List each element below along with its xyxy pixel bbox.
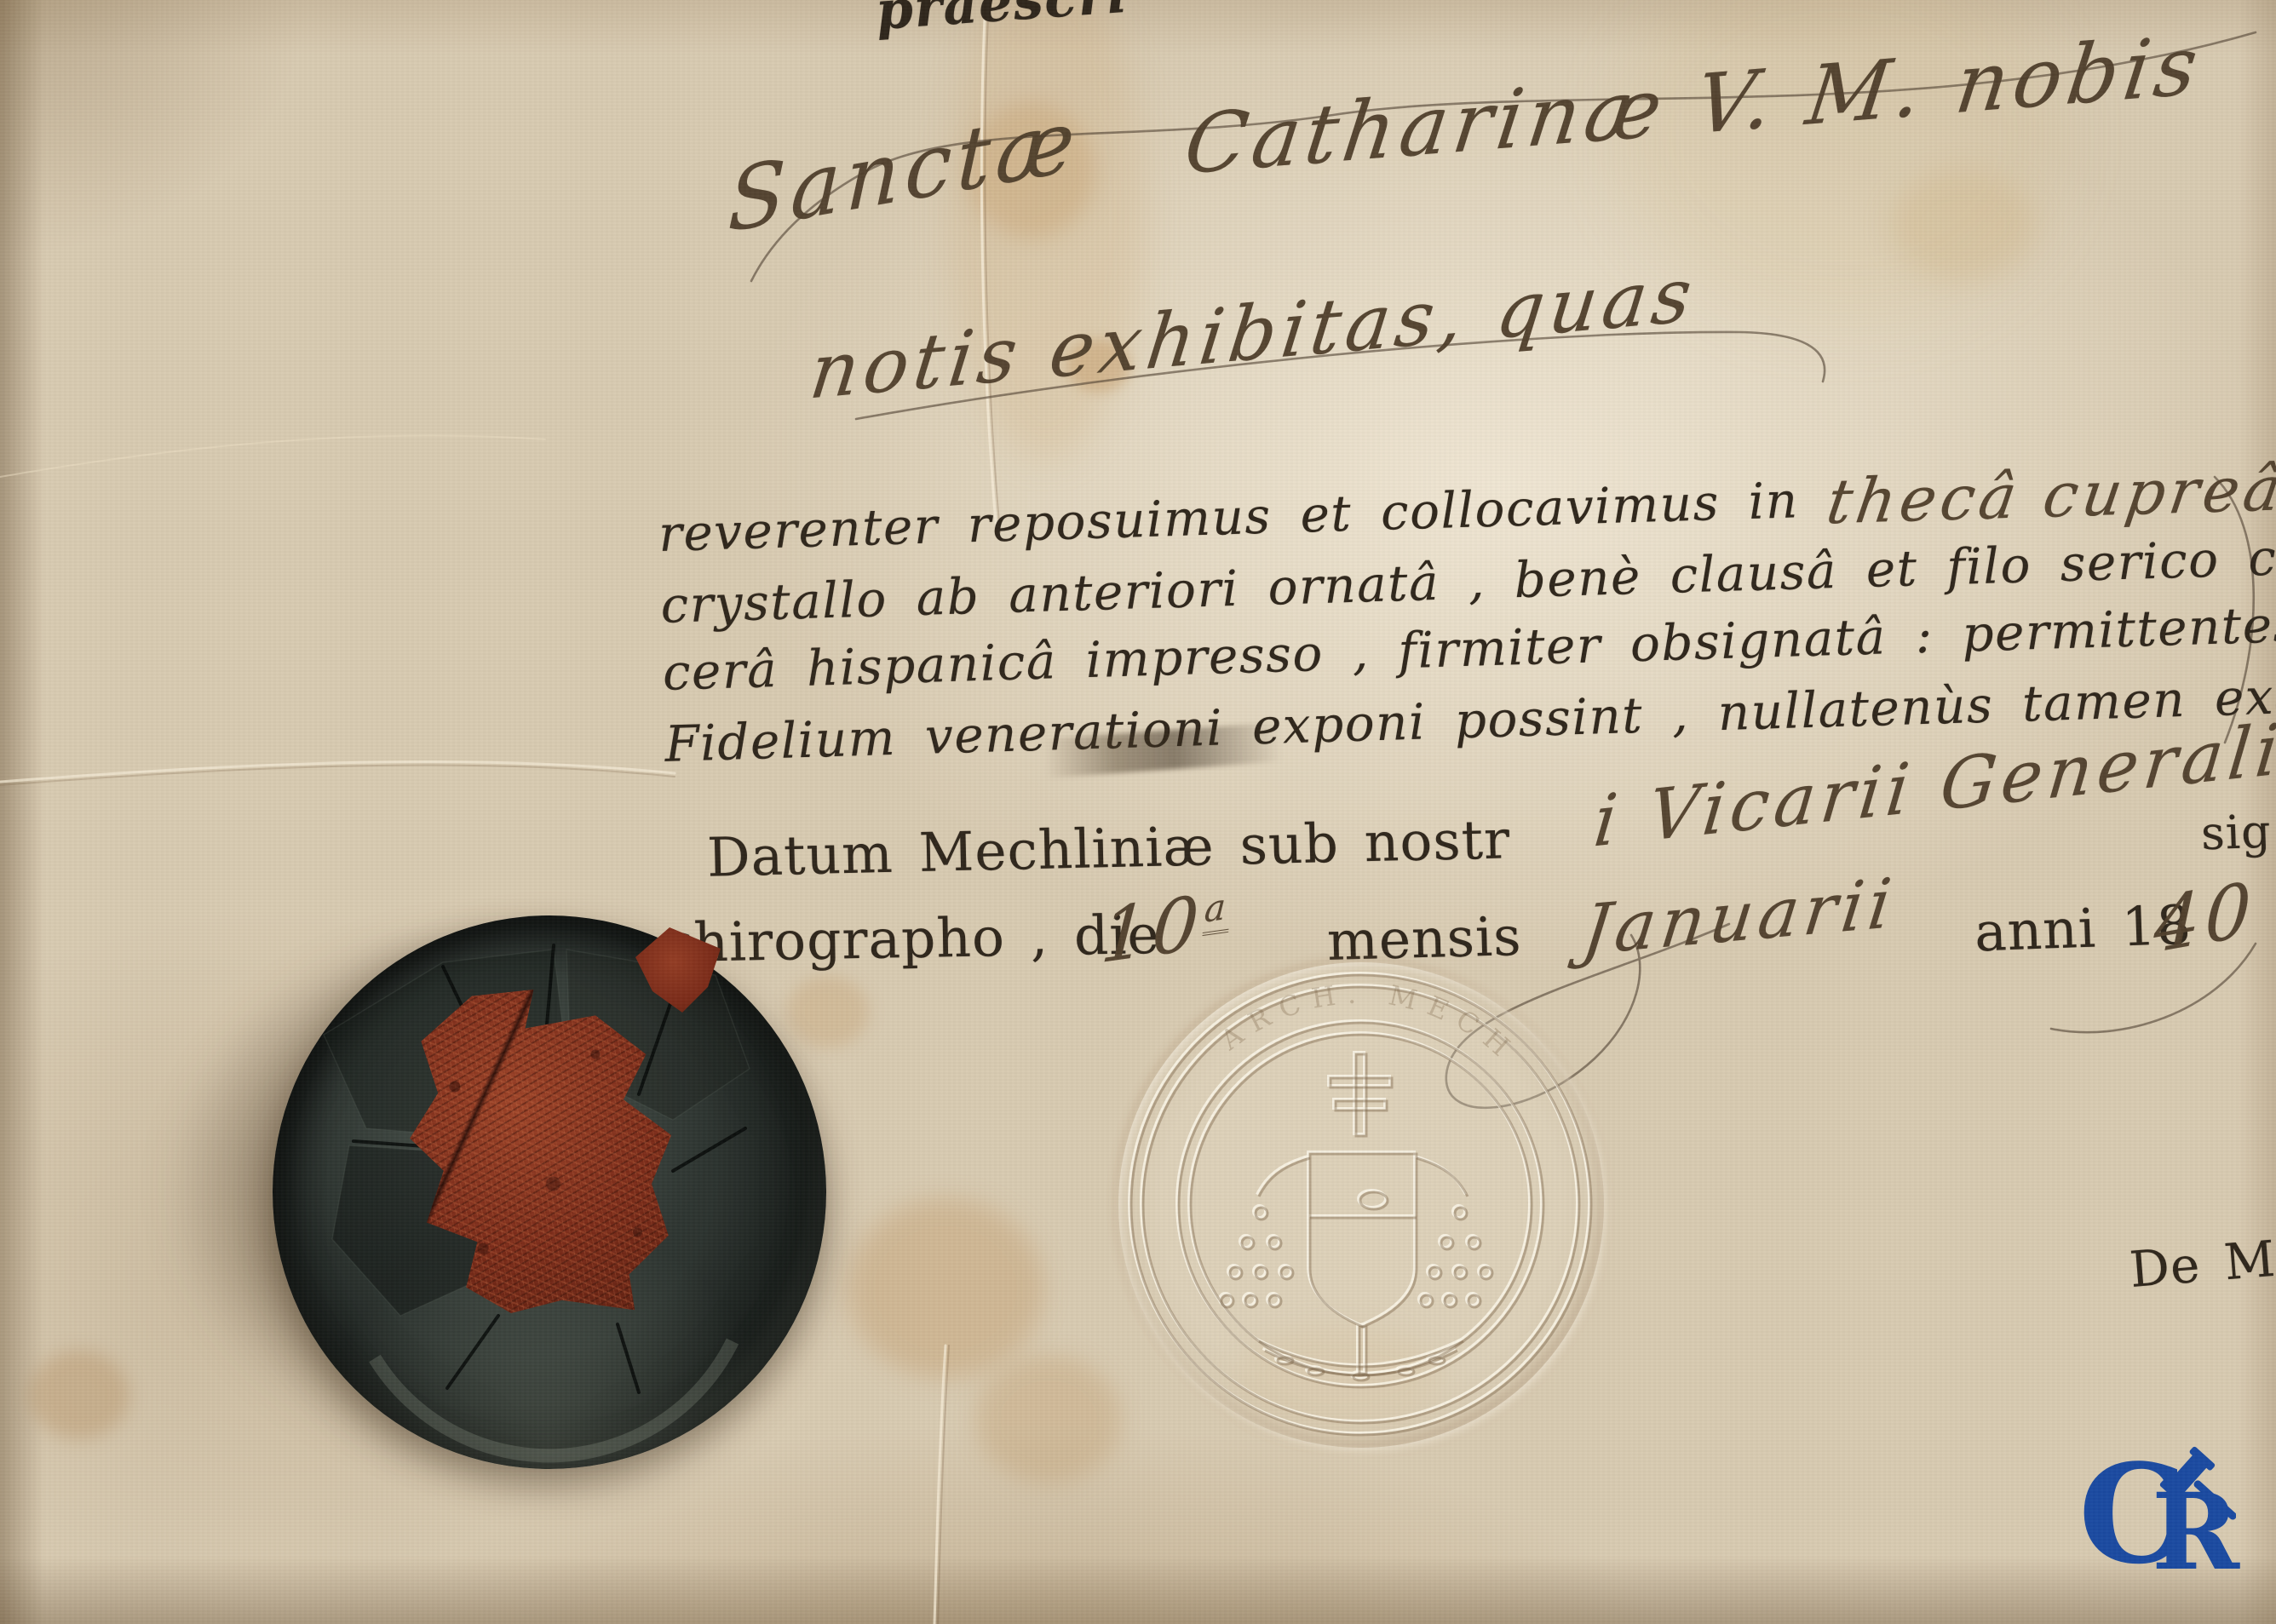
auction-house-logo: C R bbox=[2078, 1446, 2236, 1569]
paper-stain bbox=[848, 1199, 1043, 1378]
handwritten-notis-line: notis exhibitas, quas bbox=[806, 250, 1702, 416]
handwritten-year: 40 bbox=[2152, 865, 2257, 970]
embossed-seal-art: ARCH. MECHLIN bbox=[1118, 962, 1604, 1448]
wax-seal bbox=[273, 915, 826, 1469]
printed-sig-fragment: sig bbox=[2200, 805, 2273, 861]
printed-datum-line: Datum Mechliniæ sub nostr bbox=[706, 808, 1511, 888]
printed-fragment-top: praescri bbox=[874, 0, 1130, 42]
paper-stain bbox=[29, 1351, 129, 1439]
document-photo: praescri Sanctæ Catharinæ V. M. nobis no… bbox=[0, 0, 2276, 1624]
gavel-icon bbox=[2078, 1446, 2236, 1569]
paper-stain bbox=[976, 1356, 1121, 1483]
day-superscript: a bbox=[1203, 885, 1233, 936]
handwritten-saint-name-part1: Sanctæ bbox=[727, 89, 1082, 252]
printed-de-mandato-fragment: De Mand bbox=[2128, 1222, 2276, 1299]
embossed-seal: ARCH. MECHLIN bbox=[1118, 962, 1604, 1448]
handwritten-month: Januarii bbox=[1578, 863, 1900, 970]
paper-stain bbox=[1891, 170, 2036, 281]
handwritten-saint-name-part2: Catharinæ V. M. nobis bbox=[1180, 18, 2208, 192]
handwritten-insertion: thecâ cupreâ bbox=[1822, 452, 2276, 537]
